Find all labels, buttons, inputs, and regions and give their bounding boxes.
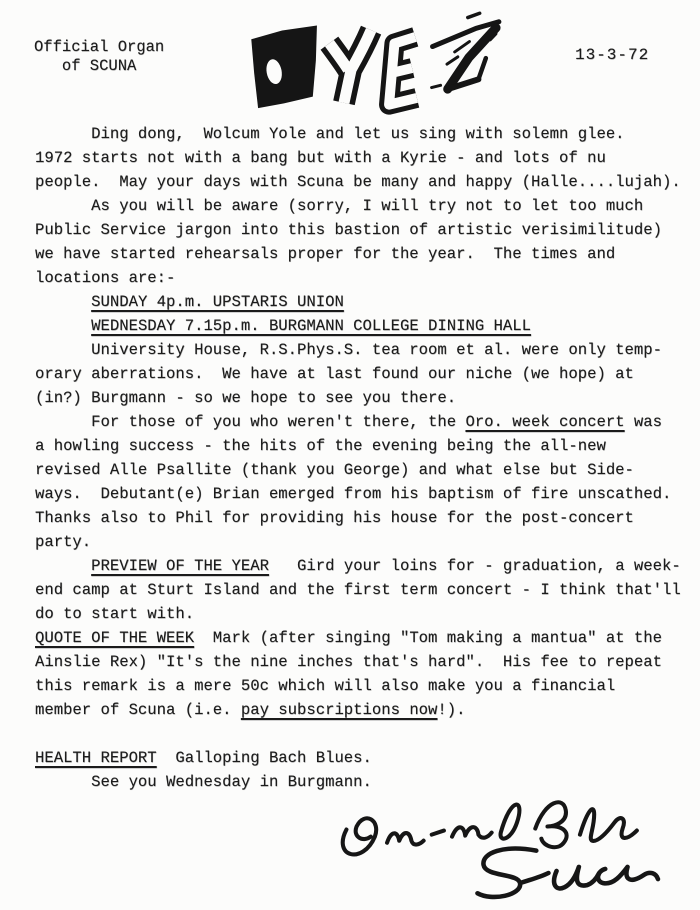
text-line: Thanks also to Phil for providing his ho… (35, 506, 695, 530)
text-line: University House, R.S.Phys.S. tea room e… (35, 338, 695, 362)
text-segment: a howling success - the hits of the even… (35, 437, 606, 455)
text-segment: Thanks also to Phil for providing his ho… (35, 509, 634, 527)
scanned-newsletter-page: Official Organ of SCUNA 13 (0, 0, 700, 910)
underlined-text-segment: Oro. week concert (465, 413, 624, 431)
oyez-logo-icon (244, 11, 509, 120)
text-segment: this remark is a mere 50c which will als… (35, 677, 615, 695)
text-segment: end camp at Sturt Island and the first t… (35, 581, 681, 599)
text-segment: was (625, 413, 662, 431)
text-segment (35, 317, 91, 335)
text-segment: For those of you who weren't there, the (35, 413, 465, 431)
text-segment: people. May your days with Scuna be many… (35, 173, 681, 191)
text-segment: party. (35, 533, 91, 551)
text-line: end camp at Sturt Island and the first t… (35, 578, 695, 602)
text-segment: Gird your loins for - graduation, a week… (269, 557, 681, 575)
text-segment: member of Scuna (i.e. (35, 701, 241, 719)
text-line: ways. Debutant(e) Brian emerged from his… (35, 482, 695, 506)
masthead-organ: Official Organ of SCUNA (34, 38, 164, 76)
text-line: member of Scuna (i.e. pay subscriptions … (35, 698, 695, 722)
text-segment: As you will be aware (sorry, I will try … (35, 197, 643, 215)
text-segment: Mark (after singing "Tom making a mantua… (194, 629, 662, 647)
underlined-text-segment: HEALTH REPORT (35, 749, 157, 767)
text-segment: Ainslie Rex) "It's the nine inches that'… (35, 653, 662, 671)
text-segment: locations are:- (35, 269, 175, 287)
underlined-text-segment: PREVIEW OF THE YEAR (91, 557, 269, 575)
text-segment: (in?) Burgmann - so we hope to see you t… (35, 389, 456, 407)
text-line: orary aberrations. We have at last found… (35, 362, 695, 386)
text-line: people. May your days with Scuna be many… (35, 170, 695, 194)
text-segment (35, 557, 91, 575)
text-line: For those of you who weren't there, the … (35, 410, 695, 434)
document-body: Ding dong, Wolcum Yole and let us sing w… (35, 122, 695, 794)
text-line: do to start with. (35, 602, 695, 626)
text-segment: orary aberrations. We have at last found… (35, 365, 634, 383)
underlined-text-segment: QUOTE OF THE WEEK (35, 629, 194, 647)
signature-name (443, 842, 661, 906)
text-line: WEDNESDAY 7.15p.m. BURGMANN COLLEGE DINI… (35, 314, 695, 338)
text-segment: University House, R.S.Phys.S. tea room e… (35, 341, 662, 359)
text-line: (in?) Burgmann - so we hope to see you t… (35, 386, 695, 410)
organ-line2: of SCUNA (34, 57, 164, 76)
text-line: 1972 starts not with a bang but with a K… (35, 146, 695, 170)
underlined-text-segment: WEDNESDAY 7.15p.m. BURGMANN COLLEGE DINI… (91, 317, 531, 335)
text-line: this remark is a mere 50c which will als… (35, 674, 695, 698)
text-segment: Ding dong, Wolcum Yole and let us sing w… (35, 125, 625, 143)
text-segment: revised Alle Psallite (thank you George)… (35, 461, 634, 479)
text-segment: !). (437, 701, 465, 719)
issue-date: 13-3-72 (575, 46, 649, 64)
underlined-text-segment: pay subscriptions now (241, 701, 438, 719)
text-segment: we have started rehearsals proper for th… (35, 245, 615, 263)
text-line: QUOTE OF THE WEEK Mark (after singing "T… (35, 626, 695, 650)
text-line: Ding dong, Wolcum Yole and let us sing w… (35, 122, 695, 146)
text-segment: Galloping Bach Blues. (157, 749, 372, 767)
text-line: HEALTH REPORT Galloping Bach Blues. (35, 746, 695, 770)
underlined-text-segment: SUNDAY 4p.m. UPSTARIS UNION (91, 293, 344, 311)
text-line: Public Service jargon into this bastion … (35, 218, 695, 242)
text-segment: Public Service jargon into this bastion … (35, 221, 662, 239)
text-line: locations are:- (35, 266, 695, 290)
text-line: we have started rehearsals proper for th… (35, 242, 695, 266)
text-line: PREVIEW OF THE YEAR Gird your loins for … (35, 554, 695, 578)
text-line: revised Alle Psallite (thank you George)… (35, 458, 695, 482)
text-line: party. (35, 530, 695, 554)
text-line: SUNDAY 4p.m. UPSTARIS UNION (35, 290, 695, 314)
text-line: a howling success - the hits of the even… (35, 434, 695, 458)
text-segment (35, 293, 91, 311)
text-line (35, 722, 695, 746)
text-segment: do to start with. (35, 605, 194, 623)
text-segment: 1972 starts not with a bang but with a K… (35, 149, 606, 167)
organ-line1: Official Organ (34, 38, 164, 57)
text-line: As you will be aware (sorry, I will try … (35, 194, 695, 218)
text-segment: ways. Debutant(e) Brian emerged from his… (35, 485, 671, 503)
text-line: Ainslie Rex) "It's the nine inches that'… (35, 650, 695, 674)
